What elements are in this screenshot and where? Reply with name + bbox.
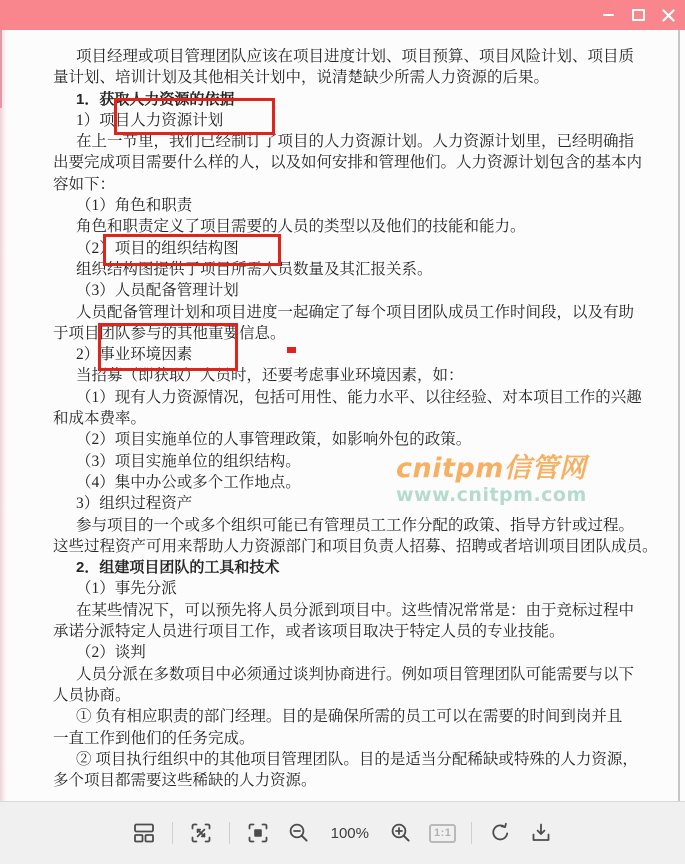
watermark-title: cnitpm信管网 bbox=[396, 454, 587, 484]
image-viewer-window: 项目经理或项目管理团队应该在项目进度计划、项目预算、项目风险计划、项目质量计划、… bbox=[0, 0, 685, 864]
zoom-level-label: 100% bbox=[327, 825, 373, 842]
annotation-dash bbox=[287, 347, 296, 353]
document-line: 参与项目的一个或多个组织可能已有管理员工工作分配的政策、指导方针或过程。 bbox=[53, 515, 633, 536]
annotation-box-3 bbox=[98, 323, 238, 371]
minimize-button[interactable] bbox=[593, 0, 623, 30]
actual-size-button[interactable]: 1:1 bbox=[429, 824, 456, 843]
document-line: 这些过程资产可用来帮助人力资源部门和项目负责人招募、招聘或者培训项目团队成员。 bbox=[53, 536, 633, 557]
rotate-button[interactable] bbox=[487, 820, 513, 846]
maximize-button[interactable] bbox=[623, 0, 653, 30]
zoom-in-button[interactable] bbox=[388, 820, 414, 846]
bottom-toolbar: 100% 1:1 bbox=[0, 801, 685, 864]
document-line: 量计划、培训计划及其他相关计划中，说清楚缺少所需人力资源的后果。 bbox=[53, 67, 633, 88]
document-line: （1）事先分派 bbox=[53, 578, 633, 599]
document-line: 在某些情况下，可以预先将人员分派到项目中。这些情况常常是：由于竞标过程中 bbox=[53, 600, 633, 621]
page-left-edge-shadow bbox=[0, 30, 2, 108]
annotation-box-2 bbox=[103, 234, 281, 266]
fullscreen-button[interactable] bbox=[245, 820, 271, 846]
document-line: 和成本费率。 bbox=[53, 408, 633, 429]
zoom-in-icon bbox=[389, 821, 413, 845]
toolbar-separator bbox=[471, 822, 472, 844]
page-left-edge bbox=[0, 30, 7, 801]
fit-to-window-icon bbox=[189, 821, 213, 845]
document-line: （2）项目实施单位的人事管理政策，如影响外包的政策。 bbox=[53, 429, 633, 450]
fullscreen-icon bbox=[246, 821, 270, 845]
document-line: 2．组建项目团队的工具和技术 bbox=[53, 557, 633, 578]
document-line: 承诺分派特定人员进行项目工作，或者该项目取决于特定人员的专业技能。 bbox=[53, 621, 633, 642]
close-icon bbox=[662, 9, 675, 22]
toolbar-separator bbox=[229, 822, 230, 844]
document-line: （1）角色和职责 bbox=[53, 195, 633, 216]
document-line: （1）现有人力资源情况，包括可用性、能力水平、以往经验、对本项目工作的兴趣 bbox=[53, 387, 633, 408]
document-line: 容如下： bbox=[53, 174, 633, 195]
toolbar-separator bbox=[172, 822, 173, 844]
close-button[interactable] bbox=[653, 0, 683, 30]
watermark-url: www.cnitpm.com bbox=[396, 485, 587, 506]
document-line: 人员配备管理计划和项目进度一起确定了每个项目团队成员工作时间段，以及有助 bbox=[53, 302, 633, 323]
download-button[interactable] bbox=[528, 820, 554, 846]
maximize-icon bbox=[632, 9, 645, 21]
watermark: cnitpm信管网 www.cnitpm.com bbox=[396, 454, 587, 506]
document-line: 出要完成项目需要什么样的人，以及如何安排和管理他们。人力资源计划包含的基本内 bbox=[53, 152, 633, 173]
zoom-out-button[interactable] bbox=[286, 820, 312, 846]
download-icon bbox=[529, 821, 553, 845]
minimize-icon bbox=[603, 14, 614, 16]
titlebar bbox=[0, 0, 685, 30]
document-line: 项目经理或项目管理团队应该在项目进度计划、项目预算、项目风险计划、项目质 bbox=[53, 46, 633, 67]
document-line: ② 项目执行组织中的其他项目管理团队。目的是适当分配稀缺或特殊的人力资源， bbox=[53, 749, 633, 770]
document-line: 多个项目都需要这些稀缺的人力资源。 bbox=[53, 770, 633, 791]
document-line: ① 负有相应职责的部门经理。目的是确保所需的员工可以在需要的时间到岗并且 bbox=[53, 706, 633, 727]
document-line: （2）谈判 bbox=[53, 642, 633, 663]
rotate-icon bbox=[488, 821, 512, 845]
thumbnail-view-button[interactable] bbox=[131, 820, 157, 846]
document-line: 一直工作到他们的任务完成。 bbox=[53, 728, 633, 749]
document-line: 人员协商。 bbox=[53, 685, 633, 706]
document-text: 项目经理或项目管理团队应该在项目进度计划、项目预算、项目风险计划、项目质量计划、… bbox=[53, 46, 633, 791]
document-line: （3）人员配备管理计划 bbox=[53, 280, 633, 301]
zoom-out-icon bbox=[287, 821, 311, 845]
page-right-edge bbox=[678, 30, 680, 804]
document-line: 人员分派在多数项目中必须通过谈判协商进行。例如项目管理团队可能需要与以下 bbox=[53, 664, 633, 685]
annotation-box-1 bbox=[114, 98, 275, 135]
fit-to-window-button[interactable] bbox=[188, 820, 214, 846]
thumbnail-view-icon bbox=[132, 821, 156, 845]
